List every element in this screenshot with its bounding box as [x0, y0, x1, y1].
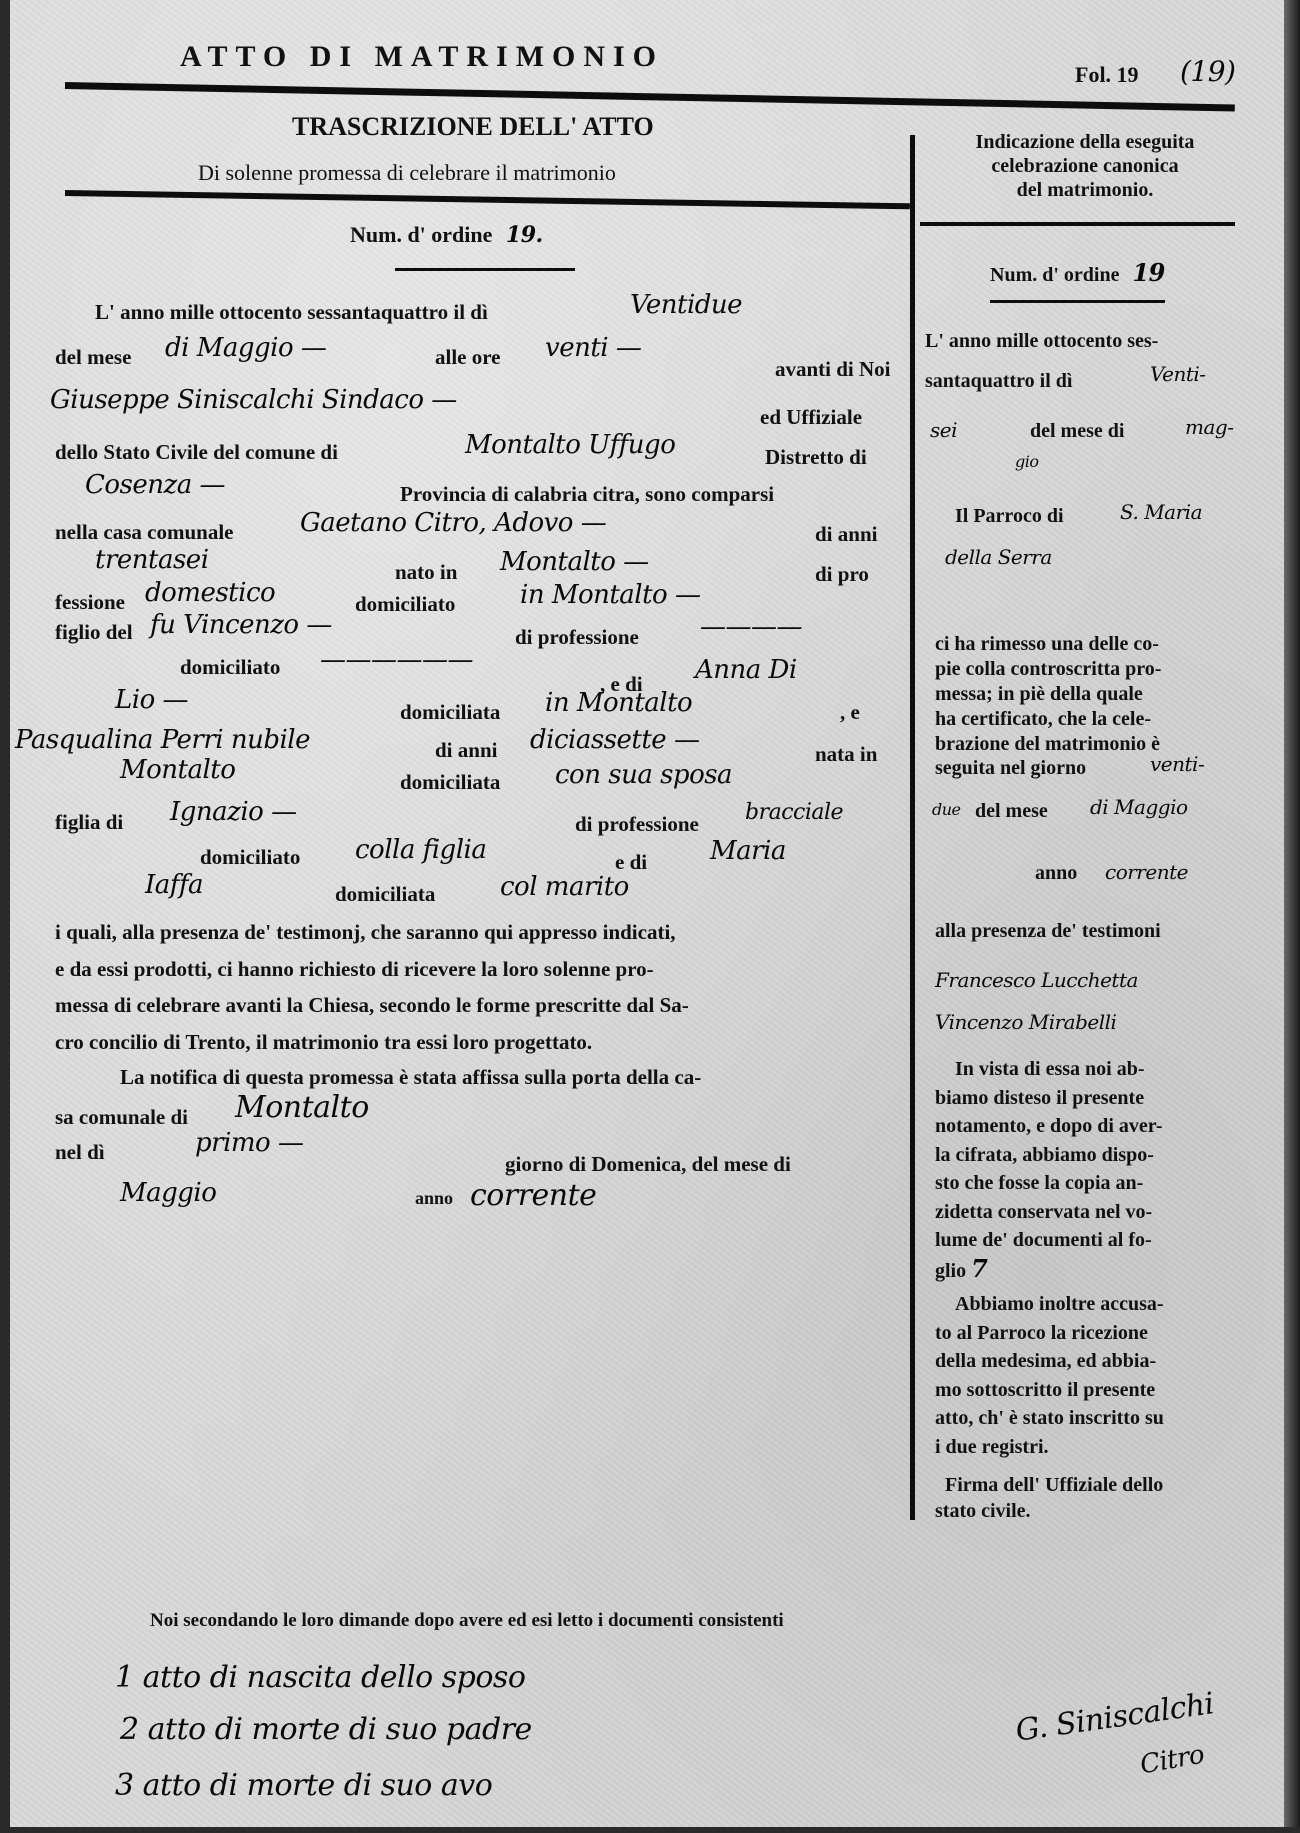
- line-4a: dello Stato Civile del comune di: [55, 440, 338, 465]
- right-line-5: Il Parroco di: [955, 505, 1064, 528]
- line-14b: di professione: [575, 812, 699, 837]
- hw-groom: Gaetano Citro, Adovo —: [300, 508, 606, 538]
- hw-bride-father: Ignazio —: [170, 797, 297, 827]
- right-order-underline: [990, 300, 1165, 303]
- left-order-label: Num. d' ordine 19.: [350, 222, 543, 248]
- hw-day: Ventidue: [630, 290, 742, 320]
- hw-bride-birthplace: Montalto: [120, 755, 235, 785]
- footer-doc-1: 1 atto di nascita dello sposo: [115, 1660, 525, 1695]
- left-order-number: 19.: [506, 222, 543, 248]
- right-order-number: 19: [1132, 258, 1164, 287]
- document-page: ATTO DI MATRIMONIO Fol. 19 (19) TRASCRIZ…: [0, 0, 1300, 1833]
- folio-label: Fol. 19: [1075, 62, 1139, 88]
- hw-bride-age: diciassette —: [530, 725, 699, 755]
- right-line-1: L' anno mille ottocento ses-: [925, 330, 1158, 353]
- hw-right-month-2: gio: [1015, 452, 1039, 471]
- left-subheading: Di solenne promessa di celebrare il matr…: [198, 160, 616, 186]
- line-10a: domiciliato: [180, 655, 280, 680]
- line-12b: di anni: [435, 738, 497, 763]
- right-witness-label: alla presenza de' testimoni: [935, 920, 1161, 943]
- line-8b: domiciliato: [355, 592, 455, 617]
- hw-notice-year: corrente: [470, 1178, 596, 1213]
- line-12c: nata in: [815, 742, 877, 767]
- right-paragraph-3: Abbiamo inoltre accusa- to al Parroco la…: [935, 1290, 1164, 1461]
- hw-mayor: Giuseppe Siniscalchi Sindaco —: [50, 385, 457, 415]
- hw-right-day: Venti-: [1150, 362, 1206, 386]
- folio-handwritten: (19): [1180, 55, 1235, 88]
- hw-bride-mother: Maria: [710, 836, 786, 866]
- line-6c: di anni: [815, 522, 877, 547]
- line-2c: avanti di Noi: [775, 357, 891, 382]
- hw-comune: Montalto Uffugo: [465, 430, 675, 460]
- para1-line-4: cro concilio di Trento, il matrimonio tr…: [55, 1030, 592, 1055]
- document-title: ATTO DI MATRIMONIO: [180, 40, 664, 74]
- hw-celebration-month: di Maggio: [1090, 795, 1188, 819]
- para2-line-1: La notifica di questa promessa è stata a…: [120, 1065, 701, 1090]
- hw-notice-day: primo —: [195, 1128, 303, 1158]
- line-7c: di pro: [815, 562, 869, 587]
- line-2a: del mese: [55, 345, 131, 370]
- hw-groom-age: trentasei: [95, 545, 209, 575]
- para1-line-3: messa di celebrare avanti la Chiesa, sec…: [55, 993, 689, 1018]
- order-underline: [395, 268, 575, 271]
- right-order-label: Num. d' ordine 19: [990, 258, 1165, 287]
- hw-bride-mother-surname: Iaffa: [145, 870, 203, 900]
- line-11c: , e: [840, 700, 860, 725]
- hw-month: di Maggio —: [165, 333, 326, 363]
- hw-groom-father: fu Vincenzo —: [150, 610, 332, 640]
- right-paragraph-2: In vista di essa noi ab- biamo disteso i…: [935, 1055, 1163, 1285]
- line-2b: alle ore: [435, 345, 501, 370]
- right-heading-rule: [920, 222, 1235, 226]
- footer-signature-2: Citro: [1138, 1740, 1206, 1781]
- hw-parish-2: della Serra: [945, 545, 1052, 569]
- line-5b: Provincia di calabria citra, sono compar…: [400, 482, 774, 507]
- line-16b: domiciliata: [335, 882, 435, 907]
- hw-groom-profession: domestico: [145, 578, 275, 608]
- right-line-3: del mese di: [1030, 420, 1124, 443]
- line-11b: domiciliata: [400, 700, 500, 725]
- para2-line-4: anno: [415, 1188, 453, 1209]
- hw-groom-birthplace: Montalto —: [500, 547, 649, 577]
- hw-bride-residence: con sua sposa: [555, 760, 732, 790]
- para2-line-3a: nel dì: [55, 1140, 105, 1165]
- right-anno: anno: [1035, 862, 1077, 885]
- footer-statement: Noi secondando le loro dimande dopo aver…: [150, 1610, 784, 1632]
- line-3c: ed Uffiziale: [760, 405, 862, 430]
- footer-doc-3: 3 atto di morte di suo avo: [115, 1768, 492, 1803]
- hw-groom-residence: in Montalto —: [520, 580, 700, 610]
- left-heading-rule: [65, 190, 910, 209]
- line-1: L' anno mille ottocento sessantaquattro …: [95, 300, 488, 325]
- hw-celebration-year: corrente: [1105, 860, 1188, 884]
- hw-right-month: mag-: [1185, 415, 1233, 439]
- hw-father-residence: ——————: [320, 645, 473, 675]
- hw-parish: S. Maria: [1120, 500, 1202, 524]
- hw-hour: venti —: [545, 333, 641, 363]
- right-paragraph-1: ci ha rimesso una delle co- pie colla co…: [935, 632, 1161, 757]
- hw-bride-father-residence: colla figlia: [355, 835, 486, 865]
- hw-notice-comune: Montalto: [235, 1090, 369, 1125]
- line-6a: nella casa comunale: [55, 520, 234, 545]
- hw-celebration-day-2: due: [932, 800, 961, 819]
- line-15a: domiciliato: [200, 845, 300, 870]
- hw-witness-2: Vincenzo Mirabelli: [935, 1010, 1116, 1034]
- para1-line-1: i quali, alla presenza de' testimonj, ch…: [55, 920, 676, 945]
- hw-groom-mother-surname: Lio —: [115, 685, 188, 715]
- para2-line-3b: giorno di Domenica, del mese di: [505, 1152, 791, 1177]
- right-line-2: santaquattro il dì: [925, 370, 1072, 393]
- hw-distretto: Cosenza —: [85, 470, 225, 500]
- right-mese: del mese: [975, 800, 1048, 823]
- para2-line-2: sa comunale di: [55, 1105, 188, 1130]
- hw-groom-mother: Anna Di: [695, 655, 797, 685]
- hw-bride-mother-residence: col marito: [500, 872, 629, 902]
- right-seguita: seguita nel giorno: [935, 757, 1086, 780]
- line-13b: domiciliata: [400, 770, 500, 795]
- column-divider: [910, 135, 915, 1520]
- line-7b: nato in: [395, 560, 457, 585]
- hw-celebration-day: venti-: [1150, 752, 1204, 776]
- scan-edge-left: [0, 0, 10, 1833]
- line-14a: figlia di: [55, 810, 123, 835]
- hw-mother-residence: in Montalto: [545, 688, 692, 718]
- line-4c: Distretto di: [765, 445, 867, 470]
- line-9a: figlio del: [55, 620, 133, 645]
- hw-right-day-2: sei: [930, 418, 957, 442]
- hw-bride-father-profession: bracciale: [745, 800, 843, 825]
- hw-bride: Pasqualina Perri nubile: [15, 725, 310, 755]
- hw-father-profession: ————: [700, 612, 802, 642]
- footer-doc-2: 2 atto di morte di suo padre: [120, 1712, 532, 1747]
- para1-line-2: e da essi prodotti, ci hanno richiesto d…: [55, 957, 654, 982]
- hw-notice-month: Maggio: [120, 1178, 216, 1208]
- right-heading: Indicazione della eseguita celebrazione …: [935, 130, 1235, 202]
- footer-signature: G. Siniscalchi: [1014, 1686, 1216, 1748]
- hw-witness-1: Francesco Lucchetta: [935, 968, 1138, 992]
- scan-edge-right: [1284, 0, 1300, 1833]
- scan-edge-bottom: [0, 1827, 1300, 1833]
- line-9b: di professione: [515, 625, 639, 650]
- line-8a: fessione: [55, 590, 125, 615]
- right-signature-label: Firma dell' Uffiziale dello stato civile…: [935, 1472, 1163, 1524]
- header-rule: [65, 82, 1235, 111]
- hw-folio-number: 7: [971, 1254, 987, 1283]
- left-heading: TRASCRIZIONE DELL' ATTO: [292, 112, 654, 142]
